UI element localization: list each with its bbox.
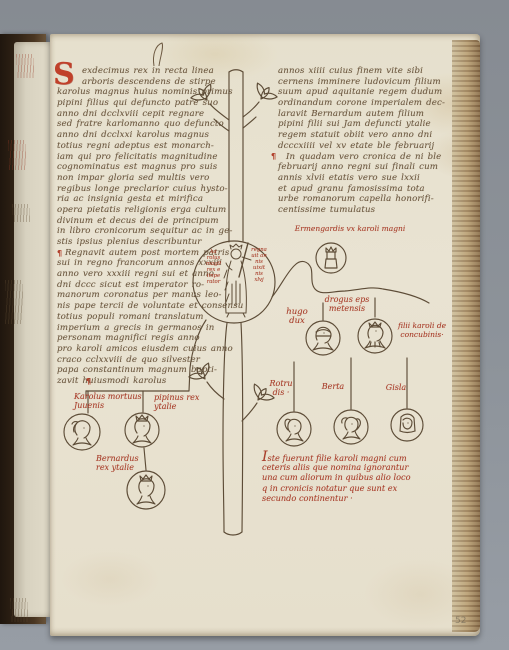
roundel-drogo <box>306 321 340 355</box>
text-line: ytalie <box>154 403 204 412</box>
label-bernardus: Bernardusrex ytalie <box>96 455 148 473</box>
text-line: secundo continentur · <box>262 493 432 503</box>
leaf-trefoil <box>251 81 279 106</box>
roundel-rotrudis <box>277 412 311 446</box>
text-line: Juuenis <box>74 402 148 411</box>
text-line: q in cronicis notatur que sunt ex <box>262 483 432 493</box>
text-line: Iste fuerunt filie karoli magni cum <box>262 452 432 462</box>
roundel-son-crowned <box>358 319 392 353</box>
roundel-pipinus <box>125 413 159 447</box>
red-footnote: Iste fuerunt filie karoli magni cumceter… <box>262 452 432 503</box>
folio-number-pencil: 52 <box>455 616 466 626</box>
text-line: Berta <box>317 383 349 392</box>
label-filii-concubinis: filii karoli deconcubinis· <box>392 322 452 340</box>
label-berta: Berta <box>317 383 349 392</box>
roundel-bernardus <box>127 471 165 509</box>
roundel-karolus-mortuus <box>64 414 100 450</box>
roundel-ermengardis <box>316 243 346 273</box>
text-line: metensis <box>322 305 372 314</box>
text-line: ceteris aliis que nomina ignorantur <box>262 462 432 472</box>
label-drogus: drogus epsmetensis <box>322 296 372 314</box>
text-line: xlvj <box>247 277 271 283</box>
label-ermengardis: Ermengardis vx karoli magni <box>294 225 406 234</box>
text-line: rex ytalie <box>96 464 148 473</box>
text-line: una cum aliorum in quibus alio loco <box>262 472 432 482</box>
tree-trunk-upper <box>210 70 259 242</box>
label-hugo-dux: hugodux <box>280 308 314 326</box>
roundel-berta <box>334 410 368 444</box>
label-regnavit: regnauit annisuixitnisxlvj <box>247 247 271 284</box>
label-pipinus: pipinus rexytalie <box>154 394 204 412</box>
label-karolus-mortuus: Karolus mortuusJuuenis <box>74 393 148 411</box>
text-line: rator <box>202 279 225 285</box>
leaf-trefoil <box>189 82 217 107</box>
tree-trunk-lower <box>207 323 257 535</box>
label-gisla: Gisla <box>380 384 412 393</box>
label-karolus-magnus: karolusmag9rex eimperator <box>202 249 225 286</box>
text-line: Gisla <box>380 384 412 393</box>
text-line: concubinis· <box>392 331 452 340</box>
text-line: dis · <box>264 389 298 398</box>
leaf-trefoil <box>187 361 215 386</box>
label-rotrudis: Rotrudis · <box>264 380 298 398</box>
text-line: dux <box>280 317 314 326</box>
roundel-gisla <box>391 409 423 441</box>
